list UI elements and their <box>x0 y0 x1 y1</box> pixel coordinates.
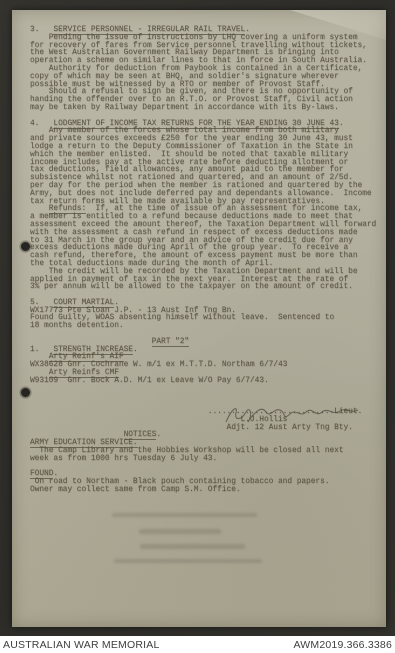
section-4-income-tax-returns: 4. LODGMENT OF INCOME TAX RETURNS FOR TH… <box>30 121 386 293</box>
doc-line: W93109 Gnr. Bock A.D. M/1 ex Leave W/O P… <box>30 378 386 386</box>
scanned-document-page: 3. SERVICE PERSONNEL - IRREGULAR RAIL TR… <box>12 10 386 627</box>
doc-line: 18 months detention. <box>30 323 386 331</box>
section-3-irregular-rail-travel: 3. SERVICE PERSONNEL - IRREGULAR RAIL TR… <box>30 27 386 113</box>
doc-line: may be taken by Railway Department in ac… <box>30 105 386 113</box>
found-notice: FOUND. On road to Northam - Black pouch … <box>30 471 386 494</box>
section-1-strength-increase: 1. STRENGTH INCREASE. Arty Reinf's AIFWX… <box>30 347 386 386</box>
archive-caption-bar: AUSTRALIAN WAR MEMORIAL AWM2019.366.3386 <box>0 636 395 653</box>
ink-bleedthrough-mark <box>112 513 257 517</box>
doc-line: week as from 1000 hrs Tuesday 6 July 43. <box>30 456 386 464</box>
section-5-court-martial: 5. COURT MARTIAL.WX17773 Pte Sloan J.P. … <box>30 300 386 331</box>
punch-hole <box>21 388 30 397</box>
accession-number: AWM2019.366.3386 <box>293 639 392 651</box>
ink-bleedthrough-mark <box>140 544 245 549</box>
doc-line: 3% per annum will be allowed to the taxp… <box>30 284 386 292</box>
ink-bleedthrough-mark <box>114 559 262 563</box>
institution-label: AUSTRALIAN WAR MEMORIAL <box>3 639 159 651</box>
handwritten-signature <box>222 402 362 428</box>
doc-line: Owner may collect same from Camp S.M. Of… <box>30 487 386 495</box>
army-education-service: ARMY EDUCATION SERVICE. The Camp Library… <box>30 440 386 463</box>
document-content: 3. SERVICE PERSONNEL - IRREGULAR RAIL TR… <box>12 10 386 627</box>
punch-hole <box>21 242 30 251</box>
photo-matte-background: 3. SERVICE PERSONNEL - IRREGULAR RAIL TR… <box>0 0 395 636</box>
ink-bleedthrough-mark <box>139 529 221 534</box>
